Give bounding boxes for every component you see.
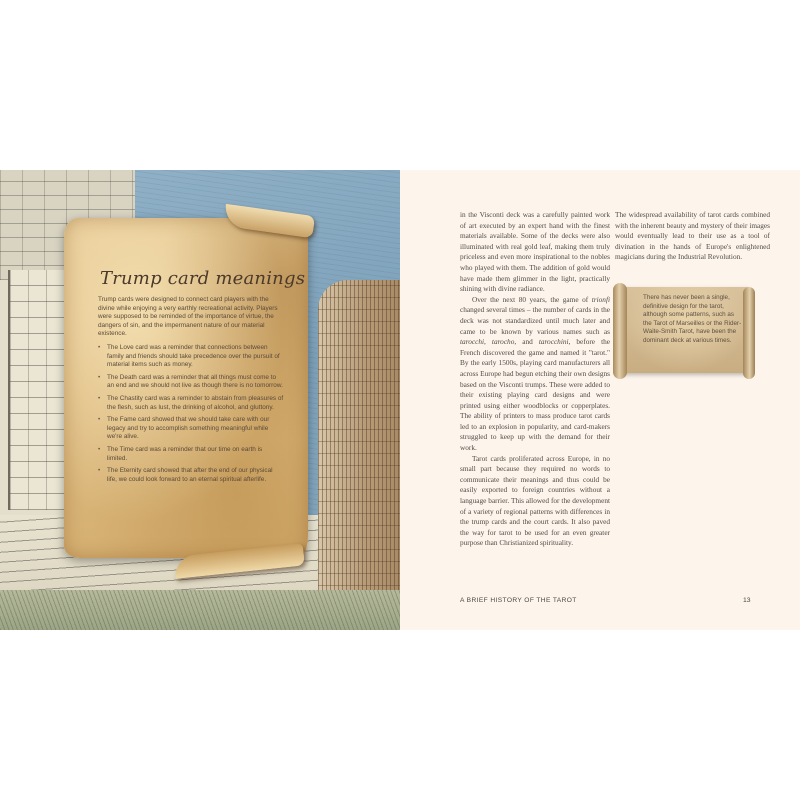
book-spread: Trump card meanings Trump cards were des… xyxy=(0,170,800,630)
text-run: changed several times – the number of ca… xyxy=(460,305,610,335)
paragraph: in the Visconti deck was a carefully pai… xyxy=(460,210,610,295)
sidebar-body: Trump cards were designed to connect car… xyxy=(98,296,284,488)
page-number: 13 xyxy=(743,597,751,604)
paragraph: Over the next 80 years, the game of trio… xyxy=(460,295,610,454)
list-item: The Love card was a reminder that connec… xyxy=(98,344,284,370)
paragraph: Tarot cards proliferated across Europe, … xyxy=(460,454,610,549)
list-item: The Time card was a reminder that our ti… xyxy=(98,446,284,463)
list-item: The Death card was a reminder that all t… xyxy=(98,374,284,391)
engraving-column xyxy=(8,270,68,510)
list-item: The Chastity card was a reminder to abst… xyxy=(98,395,284,412)
italic-term: tarocchini xyxy=(539,337,569,346)
scroll-callout: There has never been a single, definitiv… xyxy=(613,283,755,379)
parchment-sidebar: Trump card meanings Trump cards were des… xyxy=(64,218,308,558)
text-column-2: The widespread availability of tarot car… xyxy=(615,210,770,263)
scroll-roll-icon xyxy=(613,283,627,379)
italic-term: trionfi xyxy=(592,295,610,304)
text-run: , and xyxy=(514,337,538,346)
right-page: in the Visconti deck was a carefully pai… xyxy=(400,170,800,630)
list-item: The Fame card showed that we should take… xyxy=(98,416,284,442)
engraving-ground xyxy=(0,590,400,630)
scroll-callout-text: There has never been a single, definitiv… xyxy=(643,294,743,346)
sidebar-title: Trump card meanings xyxy=(100,268,305,289)
sidebar-intro: Trump cards were designed to connect car… xyxy=(98,296,284,339)
text-run: , xyxy=(484,337,492,346)
list-item: The Eternity card showed that after the … xyxy=(98,467,284,484)
engraving-tower xyxy=(318,280,400,610)
text-column-1: in the Visconti deck was a carefully pai… xyxy=(460,210,610,549)
trump-card-list: The Love card was a reminder that connec… xyxy=(98,344,284,484)
text-run: Over the next 80 years, the game of xyxy=(472,295,592,304)
scroll-roll-icon xyxy=(743,287,755,379)
paragraph: The widespread availability of tarot car… xyxy=(615,210,770,263)
italic-term: tarocchi xyxy=(460,337,484,346)
running-footer-title: A BRIEF HISTORY OF THE TAROT xyxy=(460,597,577,604)
italic-term: tarocho xyxy=(492,337,514,346)
text-run: , before the French discovered the game … xyxy=(460,337,610,452)
left-page-illustration: Trump card meanings Trump cards were des… xyxy=(0,170,400,630)
